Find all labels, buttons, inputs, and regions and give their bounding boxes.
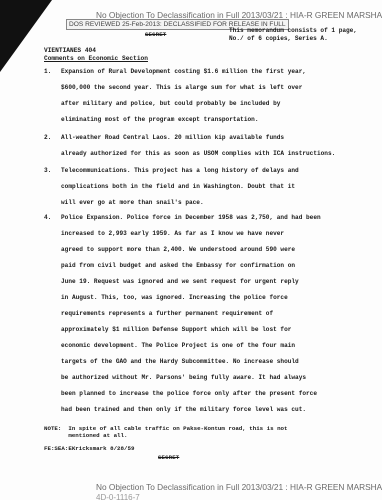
- item-line: paid from civil budget and asked the Emb…: [61, 262, 295, 269]
- item-number: 2.: [44, 134, 51, 141]
- item-line: already authorized for this as soon as U…: [61, 150, 335, 157]
- declassification-stamp-bottom: No Objection To Declassification in Full…: [96, 482, 382, 492]
- classification-marking-top: SECRET: [145, 31, 166, 38]
- note-block: NOTE: In spite of all cable traffic on P…: [44, 425, 288, 439]
- message-reference: VIENTIANES 404: [44, 47, 96, 54]
- item-line: increased to 2,993 early 1959. As far as…: [61, 230, 284, 237]
- note-line-1: NOTE: In spite of all cable traffic on P…: [44, 425, 288, 432]
- item-line: had been trained and then only if the mi…: [61, 406, 306, 413]
- item-number: 1.: [44, 68, 51, 75]
- item-line: complications both in the field and in W…: [61, 183, 295, 190]
- item-line: eliminating most of the program except t…: [61, 116, 258, 123]
- item-line: $600,000 the second year. This is alarge…: [61, 84, 302, 91]
- item-line: be authorized without Mr. Parsons' being…: [61, 374, 306, 381]
- item-line: approximately $1 million Defense Support…: [61, 326, 291, 333]
- memo-copy-info: This memorandum consists of 1 page, No./…: [229, 27, 357, 43]
- classification-marking-bottom: SECRET: [158, 454, 179, 461]
- item-number: 3.: [44, 167, 51, 174]
- item-line: targets of the GAO and the Hardy Subcomm…: [61, 358, 299, 365]
- item-line: in August. This, too, was ignored. Incre…: [61, 294, 288, 301]
- item-line: Police Expansion. Police force in Decemb…: [61, 214, 321, 221]
- item-line: will ever go at more than snail's pace.: [61, 199, 204, 206]
- memo-info-line-1: This memorandum consists of 1 page,: [229, 27, 357, 34]
- item-line: been planned to increase the police forc…: [61, 390, 317, 397]
- item-line: June 19. Request was ignored and we sent…: [61, 278, 299, 285]
- document-id-stamp: 4D-0-1116-7: [96, 493, 140, 500]
- item-line: agreed to support more than 2,400. We un…: [61, 246, 295, 253]
- item-line: requirements represents a further perman…: [61, 310, 273, 317]
- document-title: Comments on Economic Section: [44, 55, 148, 62]
- item-line: Telecommunications. This project has a l…: [61, 167, 299, 174]
- item-line: Expansion of Rural Development costing $…: [61, 68, 306, 75]
- item-line: All-weather Road Central Laos. 20 millio…: [61, 134, 284, 141]
- memo-info-line-2: No./ of 6 copies, Series A.: [229, 35, 328, 42]
- item-line: after military and police, but could pro…: [61, 100, 280, 107]
- item-number: 4.: [44, 214, 51, 221]
- document-page: No Objection To Declassification in Full…: [0, 0, 382, 500]
- note-line-2: mentioned at all.: [44, 432, 128, 439]
- drafter-signature: FE:SEA:EKricksmark 8/28/59: [44, 445, 134, 452]
- item-line: economic development. The Police Project…: [61, 342, 295, 349]
